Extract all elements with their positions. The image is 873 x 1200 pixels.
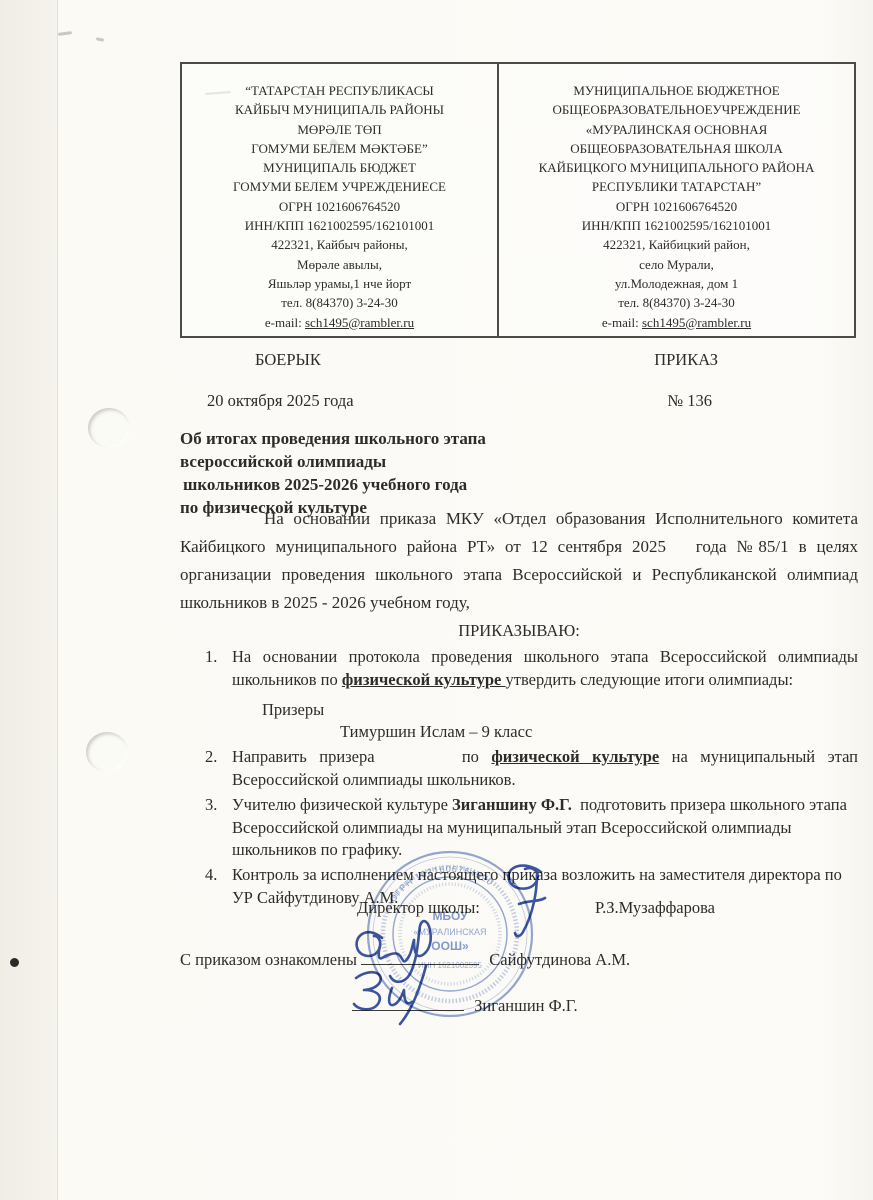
pencil-marks <box>58 31 72 36</box>
order-item-1: 1. На основании протокола проведения шко… <box>180 646 858 744</box>
acknowledgment-signature-2 <box>342 962 457 1028</box>
document-type-row: БОЕРЫК ПРИКАЗ <box>180 350 858 370</box>
letterhead-line: ОБЩЕОБРАЗОВАТЕЛЬНАЯ ШКОЛА <box>499 139 854 158</box>
doc-type-tatar: БОЕРЫК <box>255 350 321 370</box>
acknowledged-name-1: Сайфутдинова А.М. <box>489 950 630 969</box>
letterhead-address-line: Яшьләр урамы,1 нче йорт <box>182 274 497 293</box>
letterhead-line: ОБЩЕОБРАЗОВАТЕЛЬНОЕУЧРЕЖДЕНИЕ <box>499 100 854 119</box>
letterhead-email-line: e-mail: sch1495@rambler.ru <box>499 313 854 332</box>
director-label: Директор школы: <box>357 898 480 917</box>
punch-hole <box>88 408 130 448</box>
letterhead-line: “ТАТАРСТАН РЕСПУБЛИКАСЫ <box>182 81 497 100</box>
email-link: sch1495@rambler.ru <box>305 315 414 330</box>
item-text: Направить призера по физической культуре… <box>232 746 858 792</box>
letterhead-ogrn: ОГРН 1021606764520 <box>182 197 497 216</box>
director-signature-row: Директор школы: Р.З.Музаффарова <box>180 898 858 918</box>
letterhead-box: “ТАТАРСТАН РЕСПУБЛИКАСЫ КАЙБЫЧ МУНИЦИПАЛ… <box>180 62 856 338</box>
order-items-list: 1. На основании протокола проведения шко… <box>180 644 858 910</box>
order-date: 20 октября 2025 года <box>207 391 354 411</box>
item-number: 1. <box>205 646 232 744</box>
subject-line: всероссийской олимпиады <box>180 450 858 473</box>
email-prefix: e-mail: <box>265 315 305 330</box>
letterhead-line: КАЙБЫЧ МУНИЦИПАЛЬ РАЙОНЫ <box>182 100 497 119</box>
letterhead-line: ГОМУМИ БЕЛЕМ УЧРЕЖДЕНИЕСЕ <box>182 177 497 196</box>
letterhead-address-line: ул.Молодежная, дом 1 <box>499 274 854 293</box>
subject-line: школьников 2025-2026 учебного года <box>180 473 858 496</box>
acknowledgment-row-2: Зиганшин Ф.Г. <box>180 996 858 1016</box>
teacher-name-emphasis: Зиганшину Ф.Г. <box>452 795 572 814</box>
item-text: На основании протокола проведения школьн… <box>232 646 858 744</box>
director-name: Р.З.Музаффарова <box>595 898 715 918</box>
letterhead-phone: тел. 8(84370) 3-24-30 <box>182 293 497 312</box>
item-text-post: утвердить следующие итоги олимпиады: <box>506 670 794 689</box>
signature-line <box>352 996 464 1011</box>
letterhead-inn-kpp: ИНН/КПП 1621002595/162101001 <box>499 216 854 235</box>
letterhead-line: РЕСПУБЛИКИ ТАТАРСТАН” <box>499 177 854 196</box>
item-number: 3. <box>205 794 232 862</box>
item-number: 2. <box>205 746 232 792</box>
signature-line <box>361 950 479 965</box>
winners-label: Призеры <box>262 699 858 722</box>
letterhead-line: ГОМУМИ БЕЛЕМ МӘКТӘБЕ” <box>182 139 497 158</box>
subject-area-emphasis: физической культуре <box>491 747 659 766</box>
letterhead-ogrn: ОГРН 1021606764520 <box>499 197 854 216</box>
preamble-paragraph: На основании приказа МКУ «Отдел образова… <box>180 505 858 617</box>
acknowledgment-label: С приказом ознакомлены <box>180 950 357 969</box>
letterhead-line: МУНИЦИПАЛЬ БЮДЖЕТ <box>182 158 497 177</box>
subject-line: Об итогах проведения школьного этапа <box>180 427 858 450</box>
letterhead-address-line: село Мурали, <box>499 255 854 274</box>
stamp-center-line2: «МУРАЛИНСКАЯ <box>414 927 487 937</box>
letterhead-address-line: 422321, Кайбыч районы, <box>182 235 497 254</box>
date-number-row: 20 октября 2025 года № 136 <box>180 391 858 411</box>
order-item-2: 2. Направить призера по физической культ… <box>180 746 858 792</box>
acknowledgment-row-1: С приказом ознакомлены Сайфутдинова А.М. <box>180 950 858 970</box>
letterhead-address-line: Мөрәле авылы, <box>182 255 497 274</box>
letterhead-inn-kpp: ИНН/КПП 1621002595/162101001 <box>182 216 497 235</box>
letterhead-phone: тел. 8(84370) 3-24-30 <box>499 293 854 312</box>
letterhead-line: МӨРӘЛЕ ТӨП <box>182 120 497 139</box>
resolution-heading: ПРИКАЗЫВАЮ: <box>180 621 858 641</box>
winner-name: Тимуршин Ислам – 9 класс <box>340 721 858 744</box>
letterhead-address-line: 422321, Кайбицкий район, <box>499 235 854 254</box>
letterhead-russian-column: МУНИЦИПАЛЬНОЕ БЮДЖЕТНОЕ ОБЩЕОБРАЗОВАТЕЛЬ… <box>499 64 854 336</box>
item-text: Учителю физической культуре Зиганшину Ф.… <box>232 794 858 862</box>
letterhead-line: «МУРАЛИНСКАЯ ОСНОВНАЯ <box>499 120 854 139</box>
pencil-marks <box>96 37 104 42</box>
punch-hole <box>86 732 128 772</box>
scan-crease-line <box>57 0 58 1200</box>
item-text-pre: Учителю физической культуре <box>232 795 452 814</box>
email-link: sch1495@rambler.ru <box>642 315 751 330</box>
acknowledgment-signature-1 <box>348 912 460 986</box>
letterhead-line: МУНИЦИПАЛЬНОЕ БЮДЖЕТНОЕ <box>499 81 854 100</box>
letterhead-tatar-column: “ТАТАРСТАН РЕСПУБЛИКАСЫ КАЙБЫЧ МУНИЦИПАЛ… <box>182 64 499 336</box>
letterhead-email-line: e-mail: sch1495@rambler.ru <box>182 313 497 332</box>
letterhead-line: КАЙБИЦКОГО МУНИЦИПАЛЬНОГО РАЙОНА <box>499 158 854 177</box>
item-text-pre: Направить призера по <box>232 747 491 766</box>
email-prefix: e-mail: <box>602 315 642 330</box>
scanned-order-document: “ТАТАРСТАН РЕСПУБЛИКАСЫ КАЙБЫЧ МУНИЦИПАЛ… <box>0 0 873 1200</box>
order-number: № 136 <box>667 391 712 411</box>
ink-spot <box>10 958 19 967</box>
doc-type-russian: ПРИКАЗ <box>654 350 718 370</box>
order-item-3: 3. Учителю физической культуре Зиганшину… <box>180 794 858 862</box>
acknowledged-name-2: Зиганшин Ф.Г. <box>474 996 577 1015</box>
subject-area-emphasis: физической культуре <box>342 670 506 689</box>
